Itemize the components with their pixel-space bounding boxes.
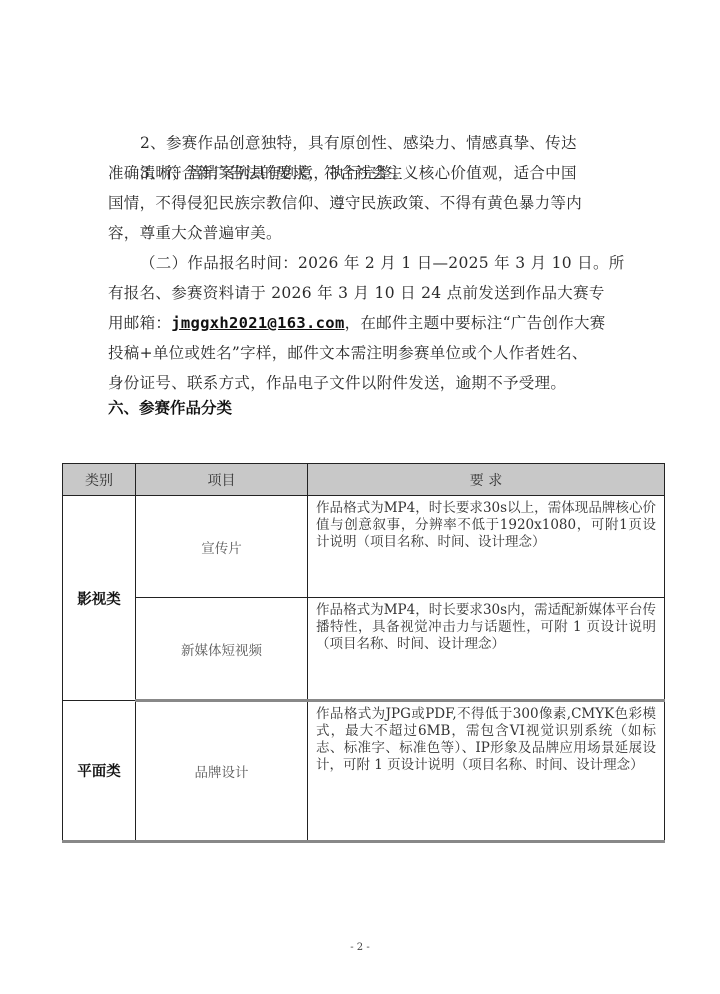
requirement-cell: 作品格式为MP4，时长要求30s以上，需体现品牌核心价值与创意叙事，分辨率不低于…: [308, 496, 665, 598]
text-line: 有报名、参赛资料请于 2026 年 3 月 10 日 24 点前发送到作品大赛专: [108, 278, 630, 308]
email-label: 用邮箱：: [108, 314, 171, 332]
text-line: 国情，不得侵犯民族宗教信仰、遵守民族政策、不得有黄色暴力等内: [108, 188, 630, 218]
header-project: 项目: [136, 464, 308, 496]
table-row: 平面类 品牌设计 作品格式为JPG或PDF,不得低于300像素,CMYK色彩模式…: [63, 701, 665, 842]
text-line: （二）作品报名时间：2026 年 2 月 1 日—2025 年 3 月 10 日…: [108, 248, 630, 278]
text-line: 容，尊重大众普遍审美。: [108, 218, 630, 248]
project-cell: 品牌设计: [136, 701, 308, 842]
category-label: 平面类: [77, 764, 121, 780]
text-line: 3、符合新广告法的要求，符合社会主义核心价值观，适合中国: [108, 158, 630, 188]
category-table: 类别 项目 要 求 影视类 宣传片 作品格式为MP4，时长要求30s以上，需体现…: [62, 463, 665, 843]
category-cell: 平面类: [63, 701, 136, 842]
text-line: 身份证号、联系方式，作品电子文件以附件发送，逾期不予受理。: [108, 368, 630, 398]
header-category: 类别: [63, 464, 136, 496]
table-row: 影视类 宣传片 作品格式为MP4，时长要求30s以上，需体现品牌核心价值与创意叙…: [63, 496, 665, 598]
email-link[interactable]: jmggxh2021@163.com: [171, 314, 344, 332]
project-cell: 新媒体短视频: [136, 598, 308, 701]
requirement-cell: 作品格式为JPG或PDF,不得低于300像素,CMYK色彩模式，最大不超过6MB…: [308, 701, 665, 842]
table-row: 新媒体短视频 作品格式为MP4，时长要求30s内，需适配新媒体平台传播特性，具备…: [63, 598, 665, 701]
paragraph-ad-law: 3、符合新广告法的要求，符合社会主义核心价值观，适合中国 国情，不得侵犯民族宗教…: [108, 158, 630, 248]
text-line: 2、参赛作品创意独特，具有原创性、感染力、情感真挚、传达: [108, 128, 630, 158]
text-line: 投稿+单位或姓名”字样，邮件文本需注明参赛单位或个人作者姓名、: [108, 338, 630, 368]
category-label: 影视类: [77, 592, 121, 608]
category-cell: 影视类: [63, 496, 136, 701]
header-requirement: 要 求: [308, 464, 665, 496]
requirement-cell: 作品格式为MP4，时长要求30s内，需适配新媒体平台传播特性，具备视觉冲击力与话…: [308, 598, 665, 701]
table-header-row: 类别 项目 要 求: [63, 464, 665, 496]
text-line-email: 用邮箱：jmggxh2021@163.com，在邮件主题中要标注“广告创作大赛: [108, 308, 630, 338]
project-cell: 宣传片: [136, 496, 308, 598]
paragraph-registration: （二）作品报名时间：2026 年 2 月 1 日—2025 年 3 月 10 日…: [108, 248, 630, 398]
page-number: - 2 -: [0, 942, 720, 953]
section-heading: 六、参赛作品分类: [108, 396, 232, 418]
email-suffix: ，在邮件主题中要标注“广告创作大赛: [345, 314, 606, 332]
